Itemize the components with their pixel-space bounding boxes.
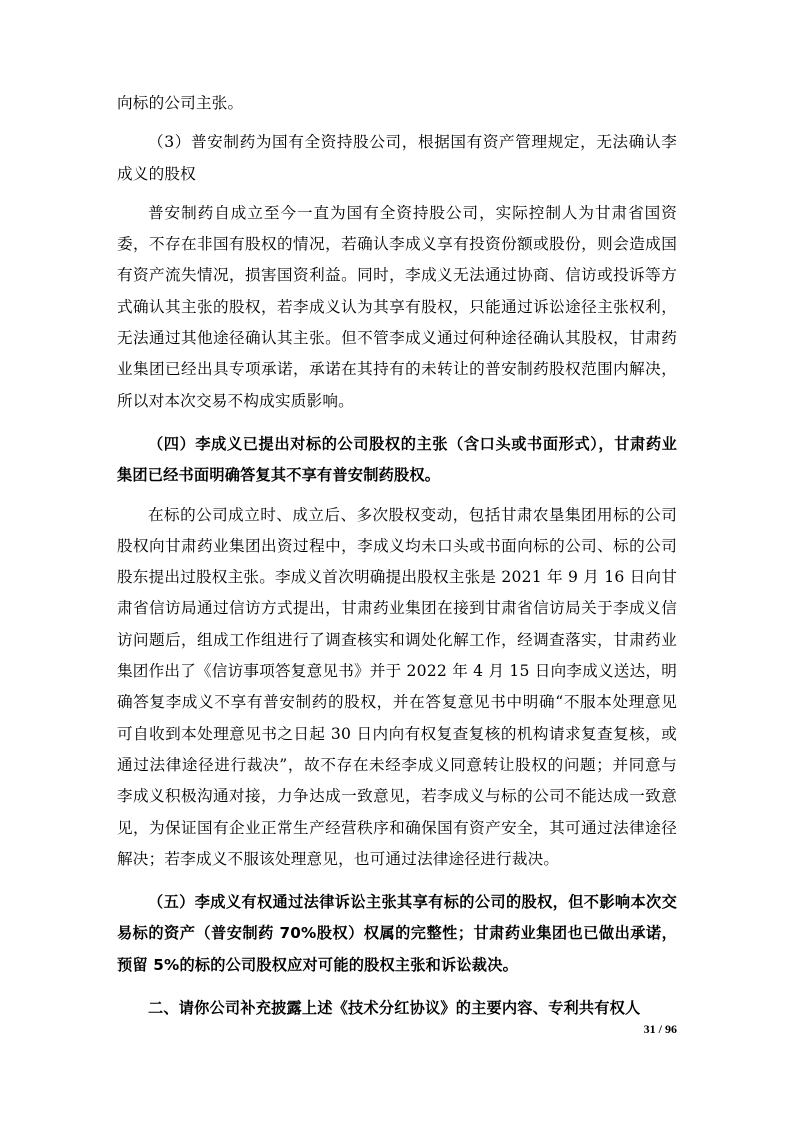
heading-section-5: （五）李成义有权通过法律诉讼主张其享有标的公司的股权，但不影响本次交易标的资产（… <box>117 887 677 981</box>
paragraph-petition: 在标的公司成立时、成立后、多次股权变动，包括甘肃农垦集团用标的公司股权向甘肃药业… <box>117 500 677 876</box>
paragraph-state-ownership: 普安制药自成立至今一直为国有全资持股公司，实际控制人为甘肃省国资委，不存在非国有… <box>117 198 677 417</box>
document-page: 向标的公司主张。 （3）普安制药为国有全资持股公司，根据国有资产管理规定，无法确… <box>117 88 677 1024</box>
sub-heading-3: （3）普安制药为国有全资持股公司，根据国有资产管理规定，无法确认李成义的股权 <box>117 127 677 190</box>
paragraph-continued: 向标的公司主张。 <box>117 88 677 119</box>
page-number: 31 / 96 <box>620 1022 677 1037</box>
heading-question-2: 二、请你公司补充披露上述《技术分红协议》的主要内容、专利共有权人 <box>117 993 677 1024</box>
heading-section-4: （四）李成义已提出对标的公司股权的主张（含口头或书面形式），甘肃药业集团已经书面… <box>117 429 677 492</box>
